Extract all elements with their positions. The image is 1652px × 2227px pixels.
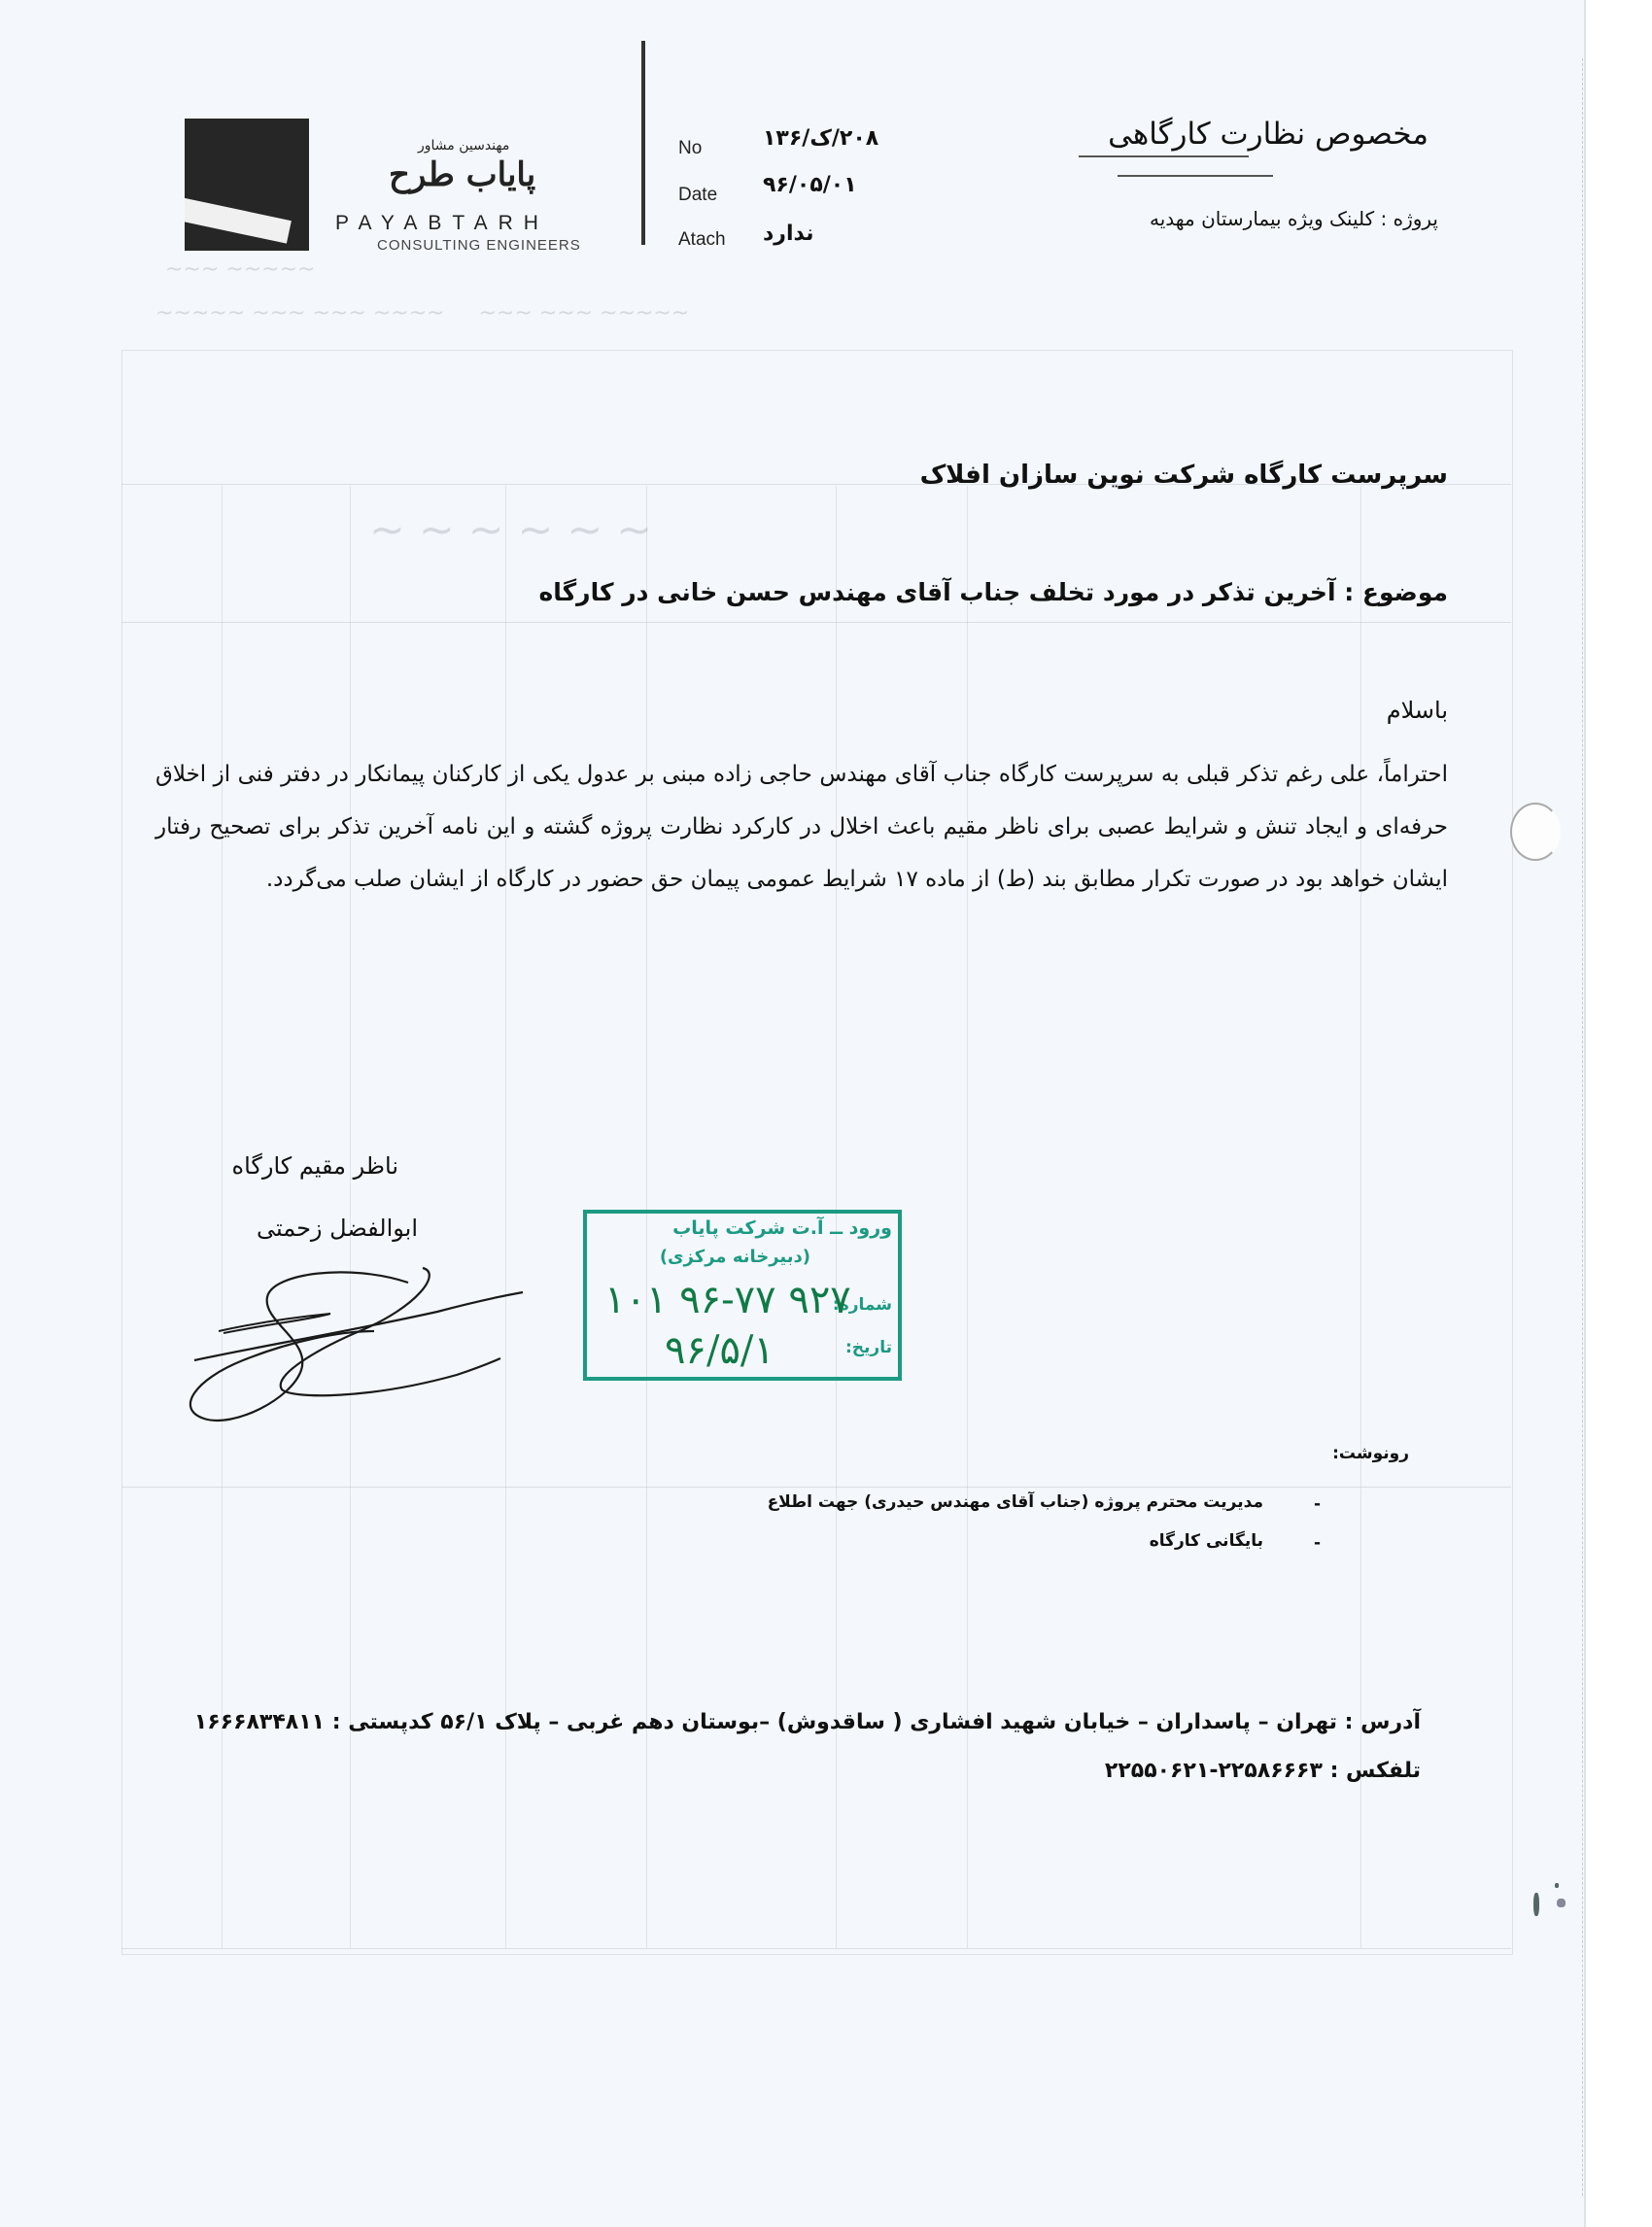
cc-item: مدیریت محترم پروژه (جناب آقای مهندس حیدر… <box>768 1492 1263 1512</box>
department-underline <box>1118 175 1273 177</box>
ghost-text: ~ ~ ~ ~ ~ ~ <box>369 505 652 555</box>
ghost-row-line <box>121 622 1511 623</box>
letter-date-label: Date <box>678 185 717 206</box>
letter-number-value: ۲۰۸/ک/۱۳۶ <box>763 126 878 151</box>
department-title: مخصوص نظارت کارگاهی <box>1108 117 1428 152</box>
incoming-mail-stamp: ورود ــ آ.ت شرکت پایاب (دبیرخانه مرکزی) … <box>583 1210 902 1381</box>
greeting: باسلام <box>1387 697 1448 724</box>
letter-page: ~~~ ~~~~~ ~~~~~ ~~~ ~~~ ~~~~ ~~~ ~~~ ~~~… <box>0 0 1586 2227</box>
ghost-text: ~~~~~ ~~~ ~~~ ~~~~ ~~~ ~~~ ~~~~~ <box>155 301 689 325</box>
stamp-header: ورود ــ آ.ت شرکت پایاب <box>672 1217 892 1239</box>
cc-bullet: - <box>1314 1494 1321 1514</box>
letter-number-label: No <box>678 138 702 159</box>
stamp-handwritten-number: ۱۰۱ ۹۶-۷۷ ۹۲۷ <box>604 1278 851 1322</box>
subject-line: موضوع : آخرین تذکر در مورد تخلف جناب آقا… <box>539 578 1449 606</box>
scan-speck <box>1533 1893 1539 1916</box>
department-underline <box>1079 155 1249 157</box>
cc-bullet: - <box>1314 1533 1321 1553</box>
company-telfax: تلفکس : ۲۲۵۸۶۶۶۳-۲۲۵۵۰۶۲۱ <box>1105 1759 1421 1783</box>
logo-stripe <box>185 196 292 243</box>
scan-speck <box>1557 1899 1566 1907</box>
page-edge-line <box>1582 58 1584 2196</box>
company-name-en: PAYABTARH <box>335 212 549 235</box>
letter-date-value: ۹۶/۰۵/۰۱ <box>763 173 857 197</box>
signer-title: ناظر مقیم کارگاه <box>232 1152 398 1180</box>
company-address: آدرس : تهران – پاسداران – خیابان شهید اف… <box>194 1710 1421 1734</box>
company-logo <box>185 119 309 251</box>
project-name: پروژه : کلینک ویژه بیمارستان مهدیه <box>1150 207 1438 230</box>
signer-name: ابوالفضل زحمتی <box>257 1215 418 1242</box>
attachment-value: ندارد <box>763 222 813 246</box>
company-tagline-en: CONSULTING ENGINEERS <box>377 237 581 254</box>
handwritten-signature <box>175 1253 525 1448</box>
stamp-handwritten-date: ۹۶/۵/۱ <box>665 1328 774 1373</box>
recipient: سرپرست کارگاه شرکت نوین سازان افلاک <box>920 461 1448 490</box>
company-name-fa-prefix: مهندسین مشاور <box>418 138 509 154</box>
company-name-fa: پایاب طرح <box>389 155 535 194</box>
body-paragraph: احتراماً، علی رغم تذکر قبلی به سرپرست کا… <box>155 748 1448 906</box>
header-divider <box>641 41 645 245</box>
stamp-date-label: تاریخ: <box>845 1338 892 1357</box>
cc-label: رونوشت: <box>1332 1444 1409 1463</box>
stamp-subheader: (دبیرخانه مرکزی) <box>660 1247 810 1267</box>
punch-hole <box>1510 803 1561 861</box>
cc-item: بایگانی کارگاه <box>1150 1531 1263 1551</box>
attachment-label: Atach <box>678 229 726 251</box>
ghost-row-line <box>121 1948 1511 1949</box>
scan-speck <box>1555 1883 1559 1888</box>
ghost-text: ~~~ ~~~~~ <box>165 257 315 282</box>
ghost-row-line <box>121 1487 1511 1488</box>
